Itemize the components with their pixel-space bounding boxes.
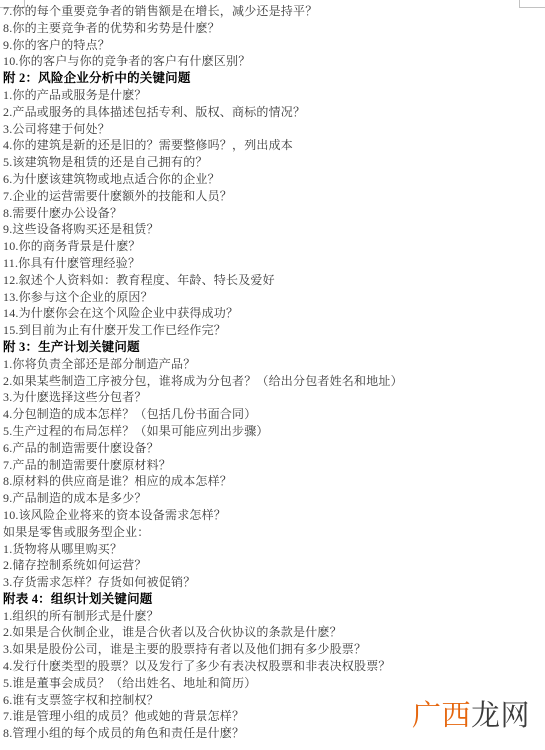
document-line: 2.产品或服务的具体描述包括专利、版权、商标的情况？	[3, 104, 543, 121]
document-line: 3.公司将建于何处？	[3, 121, 543, 138]
document-line: 2.储存控制系统如何运营？	[3, 557, 543, 574]
document-line: 10.该风险企业将来的资本设备需求怎样？	[3, 507, 543, 524]
section-heading: 附表 4：组织计划关键问题	[3, 591, 543, 608]
document-line: 6.为什麽该建筑物或地点适合你的企业？	[3, 171, 543, 188]
document-line: 10.你的商务背景是什麽？	[3, 238, 543, 255]
document-line: 2.如果是合伙制企业，谁是合伙者以及合伙协议的条款是什麽？	[3, 624, 543, 641]
document-line: 7.企业的运营需要什麽额外的技能和人员？	[3, 188, 543, 205]
document-line: 5.生产过程的布局怎样？（如果可能应列出步骤）	[3, 423, 543, 440]
document-line: 3.如果是股份公司，谁是主要的股票持有者以及他们拥有多少股票？	[3, 641, 543, 658]
document-line: 13.你参与这个企业的原因？	[3, 289, 543, 306]
document-line: 1.你将负责全部还是部分制造产品？	[3, 356, 543, 373]
document-line: 1.货物将从哪里购买？	[3, 541, 543, 558]
document-line: 2.如果某些制造工序被分包，谁将成为分包者？（给出分包者姓名和地址）	[3, 373, 543, 390]
watermark-text-longwang: 龙网	[471, 700, 530, 732]
section-heading: 附 2：风险企业分析中的关键问题	[3, 70, 543, 87]
document-line: 9.你的客户的特点？	[3, 37, 543, 54]
document-body: 7.你的每个重要竞争者的销售额是在增长，减少还是持平？8.你的主要竞争者的优势和…	[3, 3, 543, 742]
document-line: 如果是零售或服务型企业：	[3, 524, 543, 541]
document-line: 1.组织的所有制形式是什麽？	[3, 608, 543, 625]
document-line: 8.原材料的供应商是谁？相应的成本怎样？	[3, 473, 543, 490]
document-line: 9.这些设备将购买还是租赁？	[3, 221, 543, 238]
watermark-text-guangxi: 广西	[412, 700, 471, 732]
section-heading: 附 3：生产计划关键问题	[3, 339, 543, 356]
document-line: 11.你具有什麽管理经验？	[3, 255, 543, 272]
document-line: 8.你的主要竞争者的优势和劣势是什麽？	[3, 20, 543, 37]
document-line: 1.你的产品或服务是什麽？	[3, 87, 543, 104]
document-line: 4.发行什麽类型的股票？以及发行了多少有表决权股票和非表决权股票？	[3, 658, 543, 675]
document-line: 14.为什麽你会在这个风险企业中获得成功？	[3, 305, 543, 322]
document-line: 3.为什麽选择这些分包者？	[3, 389, 543, 406]
document-line: 7.你的每个重要竞争者的销售额是在增长，减少还是持平？	[3, 3, 543, 20]
document-line: 7.产品的制造需要什麽原材料？	[3, 457, 543, 474]
document-line: 5.该建筑物是租赁的还是自己拥有的？	[3, 154, 543, 171]
document-line: 10.你的客户与你的竞争者的客户有什麽区别？	[3, 53, 543, 70]
document-line: 15.到目前为止有什麽开发工作已经作完？	[3, 322, 543, 339]
document-line: 3.存货需求怎样？存货如何被促销？	[3, 574, 543, 591]
document-line: 5.谁是董事会成员？（给出姓名、地址和简历）	[3, 675, 543, 692]
document-line: 4.分包制造的成本怎样？（包括几份书面合同）	[3, 406, 543, 423]
document-line: 12.叙述个人资料如：教育程度、年龄、特长及爱好	[3, 272, 543, 289]
document-line: 8.需要什麽办公设备？	[3, 205, 543, 222]
document-line: 4.你的建筑是新的还是旧的？需要整修吗？，列出成本	[3, 137, 543, 154]
watermark-logo: 广西龙网	[412, 701, 530, 732]
document-line: 6.产品的制造需要什麽设备？	[3, 440, 543, 457]
document-line: 9.产品制造的成本是多少？	[3, 490, 543, 507]
